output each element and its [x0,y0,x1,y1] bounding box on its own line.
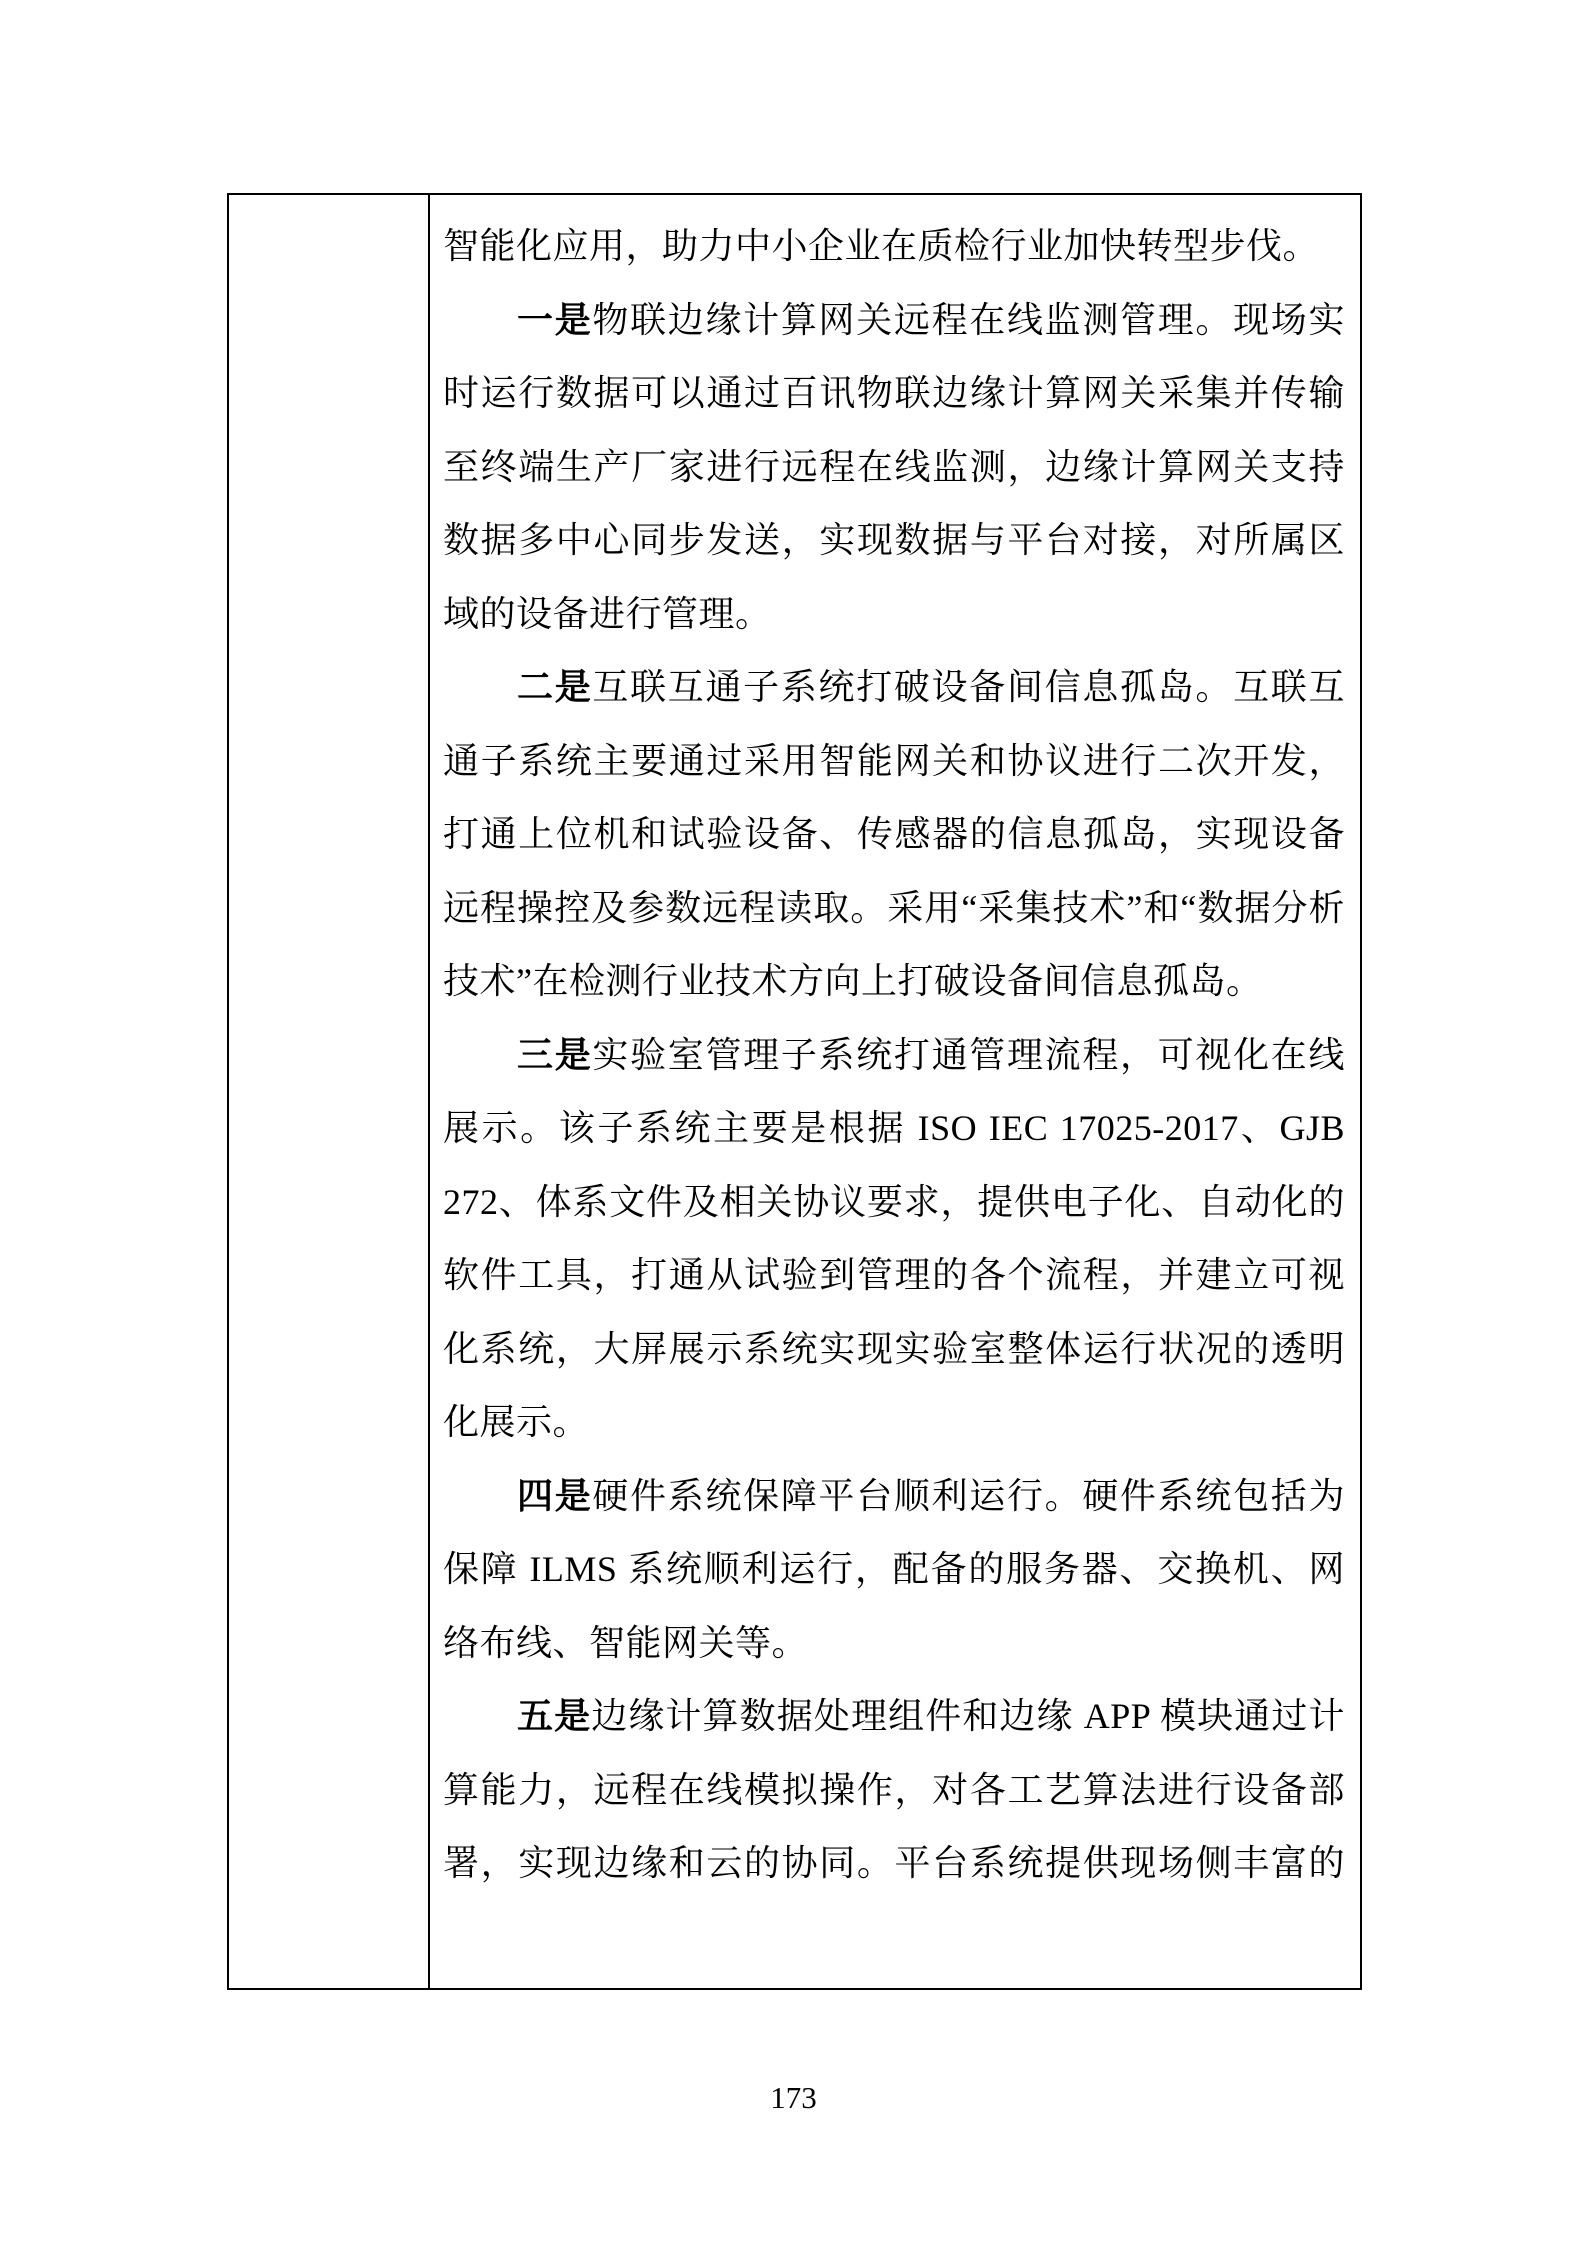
text-line: 展示。该子系统主要是根据 ISO IEC 17025-2017、GJB [443,1092,1345,1166]
text-line: 数据多中心同步发送，实现数据与平台对接，对所属区 [443,504,1345,578]
line-text: 物联边缘计算网关远程在线监测管理。现场实 [592,300,1345,340]
paragraph-lead-bold: 五是 [517,1696,591,1736]
table: 智能化应用，助力中小企业在质检行业加快转型步伐。 一是物联边缘计算网关远程在线监… [227,193,1362,1990]
text-line: 一是物联边缘计算网关远程在线监测管理。现场实 [443,284,1345,358]
line-text: 技术”在检测行业技术方向上打破设备间信息孤岛。 [443,961,1262,1001]
text-line: 域的设备进行管理。 [443,578,1345,652]
line-text: 数据多中心同步发送，实现数据与平台对接，对所属区 [443,520,1345,560]
line-text: 打通上位机和试验设备、传感器的信息孤岛，实现设备 [443,814,1345,854]
text-line: 通子系统主要通过采用智能网关和协议进行二次开发， [443,725,1345,799]
paragraph-lead-bold: 二是 [517,667,592,707]
text-line: 软件工具，打通从试验到管理的各个流程，并建立可视 [443,1239,1345,1313]
line-text: 软件工具，打通从试验到管理的各个流程，并建立可视 [443,1255,1345,1295]
paragraph-lead-bold: 一是 [517,300,592,340]
paragraph-lead-bold: 四是 [517,1476,592,1516]
line-text: 实验室管理子系统打通管理流程，可视化在线 [592,1035,1345,1075]
line-text: 硬件系统保障平台顺利运行。硬件系统包括为 [592,1476,1345,1516]
text-line: 化展示。 [443,1386,1345,1460]
text-line: 打通上位机和试验设备、传感器的信息孤岛，实现设备 [443,798,1345,872]
line-text: 至终端生产厂家进行远程在线监测，边缘计算网关支持 [443,447,1345,487]
line-text: 算能力，远程在线模拟操作，对各工艺算法进行设备部 [443,1770,1345,1810]
line-text: 边缘计算数据处理组件和边缘 APP 模块通过计 [591,1696,1345,1736]
text-line: 算能力，远程在线模拟操作，对各工艺算法进行设备部 [443,1754,1345,1828]
line-text: 272、体系文件及相关协议要求，提供电子化、自动化的 [443,1182,1345,1222]
text-line: 四是硬件系统保障平台顺利运行。硬件系统包括为 [443,1460,1345,1534]
text-line: 化系统，大屏展示系统实现实验室整体运行状况的透明 [443,1313,1345,1387]
line-text: 络布线、智能网关等。 [443,1623,808,1663]
line-text: 互联互通子系统打破设备间信息孤岛。互联互 [592,667,1345,707]
text-line: 保障 ILMS 系统顺利运行，配备的服务器、交换机、网 [443,1533,1345,1607]
line-text: 化展示。 [443,1402,589,1442]
text-line: 智能化应用，助力中小企业在质检行业加快转型步伐。 [443,210,1345,284]
line-text: 保障 ILMS 系统顺利运行，配备的服务器、交换机、网 [443,1549,1345,1589]
text-line: 技术”在检测行业技术方向上打破设备间信息孤岛。 [443,945,1345,1019]
text-line: 时运行数据可以通过百讯物联边缘计算网关采集并传输 [443,357,1345,431]
text-line: 二是互联互通子系统打破设备间信息孤岛。互联互 [443,651,1345,725]
text-line: 远程操控及参数远程读取。采用“采集技术”和“数据分析 [443,872,1345,946]
line-text: 展示。该子系统主要是根据 ISO IEC 17025-2017、GJB [443,1108,1345,1148]
line-text: 智能化应用，助力中小企业在质检行业加快转型步伐。 [443,226,1319,266]
text-line: 络布线、智能网关等。 [443,1607,1345,1681]
line-text: 时运行数据可以通过百讯物联边缘计算网关采集并传输 [443,373,1345,413]
line-text: 署，实现边缘和云的协同。平台系统提供现场侧丰富的 [443,1843,1345,1883]
line-text: 化系统，大屏展示系统实现实验室整体运行状况的透明 [443,1329,1345,1369]
text-line: 署，实现边缘和云的协同。平台系统提供现场侧丰富的 [443,1827,1345,1901]
table-cell-content: 智能化应用，助力中小企业在质检行业加快转型步伐。 一是物联边缘计算网关远程在线监… [430,195,1360,1988]
text-line: 至终端生产厂家进行远程在线监测，边缘计算网关支持 [443,431,1345,505]
line-text: 远程操控及参数远程读取。采用“采集技术”和“数据分析 [443,888,1345,928]
line-text: 通子系统主要通过采用智能网关和协议进行二次开发， [443,741,1345,781]
paragraph-lead-bold: 三是 [517,1035,592,1075]
line-text: 域的设备进行管理。 [443,594,772,634]
document-page: 智能化应用，助力中小企业在质检行业加快转型步伐。 一是物联边缘计算网关远程在线监… [0,0,1587,2245]
text-line: 五是边缘计算数据处理组件和边缘 APP 模块通过计 [443,1680,1345,1754]
table-cell-label [229,195,430,1988]
page-number: 173 [0,2078,1587,2118]
text-line: 三是实验室管理子系统打通管理流程，可视化在线 [443,1019,1345,1093]
text-line: 272、体系文件及相关协议要求，提供电子化、自动化的 [443,1166,1345,1240]
